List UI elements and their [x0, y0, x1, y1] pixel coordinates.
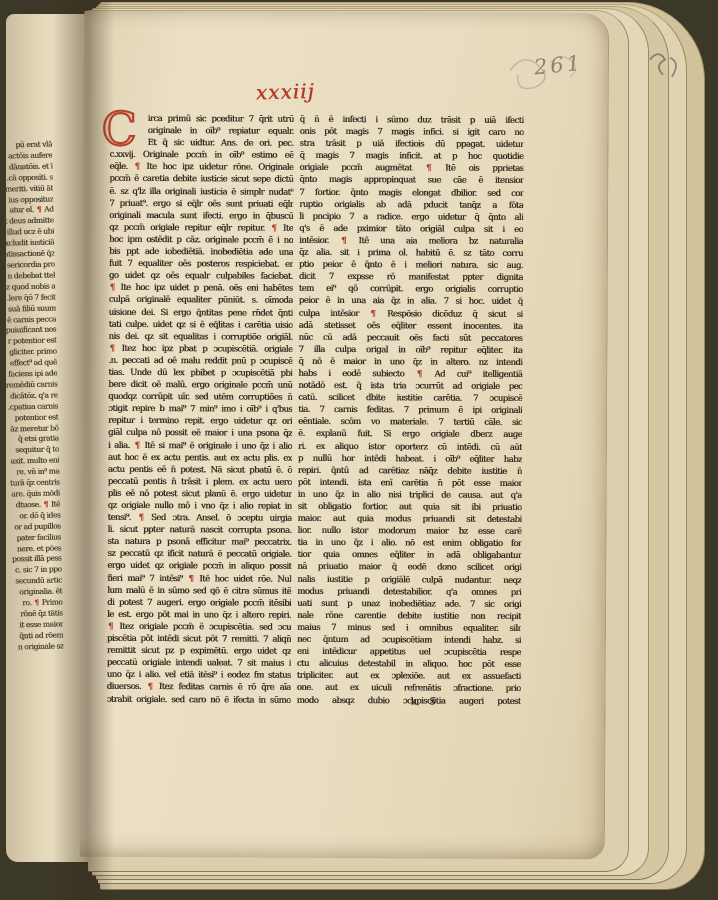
- margin-fragment: suā filiū suum: [4, 303, 56, 315]
- margin-fragment: or ad pupillos: [9, 521, 61, 533]
- pilcrow-mark: ¶: [416, 369, 423, 379]
- text-line: nis dei. qz sit equalitas i corruptiōe o…: [108, 330, 292, 343]
- text-line: ruptio origialis ab adā pducit tanq̄z a …: [299, 198, 523, 211]
- text-line: peior ē in una aia q̄z in alia. 7 si hoc…: [299, 295, 523, 308]
- margin-fragment: meriti. vitiū āt: [1, 183, 53, 195]
- text-line: peccatū pentis n̄ trāsit i plem. ex actu…: [108, 476, 292, 489]
- margin-fragment: dānatōis. et ī: [0, 161, 52, 173]
- margin-fragment: n originale sz: [11, 641, 63, 653]
- text-line: originali macula sunt ifecti. ergo in q̄…: [109, 210, 293, 223]
- text-line: ¶ Itez origiale pccm̄ ē ɔcupiscētia. sed…: [107, 621, 291, 634]
- text-line: 7 priuat⁹. ergo si eq̄lr oēs sunt priuat…: [109, 197, 293, 210]
- text-line: q's ē ade pximior tāto origiāl culpa sit…: [299, 223, 523, 236]
- text-line: ¶ Itez hoc ipz pbat p ɔcupiscētiā. origi…: [108, 343, 292, 356]
- text-column-right: q̄ n̄ ē infecti i sūmo duz trāsit p uiā …: [297, 114, 524, 713]
- text-line: lum malū ē in sūmo sed qō ē citra sūmus …: [107, 584, 291, 597]
- text-line: ri. ex aliquo istor oporterz cū intēdi. …: [298, 440, 522, 453]
- pilcrow-mark: ¶: [33, 598, 40, 607]
- text-line: uisione dei. Si ergo q̄ntitas pene rn̄de…: [109, 306, 293, 319]
- text-line: li. sicut ppter naturā nascit corrupta p…: [107, 524, 291, 537]
- pilcrow-mark: ¶: [108, 344, 115, 354]
- text-line: culpa intēsior ¶ Respōsio dicēduz q̄ sic…: [299, 307, 523, 320]
- text-line: giāl culpa nō possit eē maior i una pson…: [108, 427, 292, 440]
- text-line: repiri. q̄ntū ad carētiaz nāq̄z debite i…: [298, 464, 522, 477]
- margin-fragment: lere q̄ō 7 fecit.: [3, 292, 55, 304]
- pilcrow-mark: ¶: [42, 500, 49, 509]
- pilcrow-mark: ¶: [109, 283, 116, 293]
- text-line: 7 fortior. q̄nto magis elongat dbilior. …: [299, 186, 523, 199]
- text-line: ɔtigit repire b mai⁹ 7 min⁹ imo i oīb⁹ i…: [108, 403, 292, 416]
- text-line: adā stetisset oēs eq̄liter essent inocen…: [299, 319, 523, 332]
- text-line: culpā originalē equaliter pūniūt. s. oīm…: [109, 294, 293, 307]
- margin-fragment: dicātōz. q'a re: [6, 390, 58, 402]
- text-line: ē. explanū fuit. Si ergo origiale dberz …: [298, 428, 522, 441]
- text-line: eq̄le. ¶ Ite hoc ipz uidetur rōne. Origi…: [109, 161, 293, 174]
- text-line: piscētia pōt intēdi sicut pōt 7 remitti.…: [107, 633, 291, 646]
- text-line: qz pccm̄ origiale repitur eq̄lr repitur.…: [109, 222, 293, 235]
- text-column-left: irca primū sic pceditur 7 q̄rit utrūorig…: [107, 113, 294, 712]
- text-line: bis ppt ade iobediētiā. inobediētia ade …: [109, 246, 293, 259]
- text-line: modo absqz dubio ɔcupiscētia augeri pote…: [297, 694, 521, 707]
- book-photo: pū erat vlāactōis auferedānatōis. et īcā…: [0, 0, 718, 900]
- text-line: fieri mai⁹ 7 intēsi⁹ ¶ Itē hoc uidet rōe…: [107, 572, 291, 585]
- pilcrow-mark: ¶: [36, 205, 43, 214]
- text-line: uno q̄z i alio. vel etiā itēsi⁹ i eodez …: [107, 669, 291, 682]
- pilcrow-mark: ¶: [137, 513, 144, 523]
- quire-signature: k 5: [411, 696, 441, 707]
- text-line: 7 illa culpa origal in oīb⁹ repitur eq̄l…: [298, 344, 522, 357]
- text-line: hoc ipm ostēdit p cāz. originale pccm̄ ē…: [109, 234, 293, 247]
- previous-page-text-fragments: pū erat vlāactōis auferedānatōis. et īcā…: [0, 139, 64, 680]
- pilcrow-mark: ¶: [369, 309, 376, 319]
- text-line: actu pentis eē n̄ potest. Nā sicut pbatū…: [108, 463, 292, 476]
- text-line: nalis iustitie p origiālē culpā nudantur…: [297, 573, 521, 586]
- text-line: tati culpe. uidet qz si ē eq̄litas i car…: [109, 318, 293, 331]
- margin-fragment: pater facilius: [9, 532, 61, 544]
- pilcrow-mark: ¶: [146, 682, 153, 692]
- text-line: bere dicit oē malū. ergo originale pccm̄…: [108, 379, 292, 392]
- text-line: ɔtrabit origiale. sed caro nō ē ifecta i…: [107, 693, 291, 706]
- margin-fragment: q̄nti ad rōem: [11, 630, 63, 642]
- text-line: tensi⁹. ¶ Sed ɔtra. Ansel. ō ɔceptu uirg…: [108, 512, 292, 525]
- text-line: q̄nto magis appropinquat sue cāe ē itens…: [299, 174, 523, 187]
- pilcrow-mark: ¶: [107, 622, 114, 632]
- text-line: pōt intendi. ista enī carētia n̄ pōt ess…: [298, 477, 522, 490]
- pilcrow-mark: ¶: [340, 236, 347, 246]
- book-page: xxxiij 261 C irca primū sic pceditur 7 q…: [80, 11, 609, 860]
- pencil-scribbles: [492, 37, 692, 102]
- text-line: repitur i termino repit. ergo uidetur qz…: [108, 415, 292, 428]
- text-line: le est. ergo pōt mai in uno q̄z i altero…: [107, 609, 291, 622]
- text-line: nec q̄ntum ad ɔcupiscētiam intendi habz.…: [297, 634, 521, 647]
- text-line: quodqz corrūpit uīr. sed utēm corruptiōe…: [108, 391, 292, 404]
- text-line: q̄ nō ē maior in uno q̄z in altero. nz i…: [298, 356, 522, 369]
- text-line: c.xxvij. Originale pccm̄ in oīb⁹ estimo …: [109, 149, 293, 162]
- text-line: sz peccatū qz ificit naturā ē peccatū or…: [107, 548, 291, 561]
- text-line: peccatū origiale intendi ualeat. 7 sit m…: [107, 657, 291, 670]
- margin-fragment: n debebat ttel: [3, 270, 55, 282]
- text-line: nūc cū adā peccauit oēs facti sūt peccat…: [298, 331, 522, 344]
- pilcrow-mark: ¶: [133, 162, 140, 172]
- text-line: nale rōne carentie debite iustitie non r…: [297, 610, 521, 623]
- text-line: tias. Unde dū lex pbibet p ɔcupiscētiā p…: [108, 367, 292, 380]
- pilcrow-mark: ¶: [187, 574, 194, 584]
- text-line: p nullū hor intēdi habeat. i oīb⁹ eq̄lit…: [298, 452, 522, 465]
- text-line: diuersos. ¶ Itez feditas carnis ē rō q̄r…: [107, 681, 291, 694]
- text-line: pccm̄ ē caretia debite iusticie sicut se…: [109, 173, 293, 186]
- text-line: di potest 7 augeri. ergo origiale pccm̄ …: [107, 597, 291, 610]
- text-line: i alia. ¶ Itē si mai⁹ ē originale i uno …: [108, 439, 292, 452]
- text-line: plis eē nō potest sicut planū ē. ergo ui…: [108, 488, 292, 501]
- text-line: li pncipio 7 a radice. ergo uidetur q̄ q…: [299, 211, 523, 224]
- text-line: .n. peccati ad oē malu reddit pnū p ɔcup…: [108, 355, 292, 368]
- text-line: ē. sz q'lz illa originali iusticia ē sim…: [109, 185, 293, 198]
- text-line: uati sunt p unaz inobediētiaz ade. 7 sic…: [297, 598, 521, 611]
- chapter-numeral: xxxiij: [255, 79, 315, 105]
- text-line: remittit sicut pz p expimētū. ergo uidet…: [107, 645, 291, 658]
- margin-fragment: z quod nobis a: [3, 281, 55, 293]
- text-line: sta natura p psonā efficitur mai⁹ peccat…: [107, 536, 291, 549]
- text-line: ergo uidet qz origiale pccm̄ in aliquo p…: [107, 560, 291, 573]
- text-line: one. aut ex uiculi refrenātis ɔfractione…: [297, 682, 521, 695]
- text-line: eni intēdicur appetitus uel ɔcupiscētia …: [297, 646, 521, 659]
- pilcrow-mark: ¶: [270, 223, 277, 233]
- margin-fragment: cā oppositi. s.: [1, 172, 53, 184]
- text-line: qz origiale nullo mō i vno q̄z i alio re…: [108, 500, 292, 513]
- margin-fragment: cpatiua carnis.: [6, 401, 58, 413]
- text-line: tripliciter. aut ex ɔplexiōe. aut ex ass…: [297, 670, 521, 683]
- text-line: nā priuatio maior q̄ eodē dono scilicet …: [297, 561, 521, 574]
- margin-fragment: or. dō q̄ ides: [8, 510, 60, 522]
- rubricated-initial: C: [101, 109, 147, 149]
- text-line: fuit 7 equaliter oēs posteros respicieba…: [109, 258, 293, 271]
- pilcrow-mark: ¶: [134, 440, 141, 450]
- text-line: aut hoc ē ex actu pentis. aut ex actu pl…: [108, 451, 292, 464]
- text-line: ¶ Ite hoc ipz uidet p penā. oēs eni habē…: [109, 282, 293, 295]
- pilcrow-mark: ¶: [425, 164, 432, 174]
- text-line: ctu alicuius detestabil in aliquo. hoc p…: [297, 658, 521, 671]
- margin-fragment: potentior est: [6, 412, 58, 424]
- text-line: go uidet qz oēs equalr culpabiles facieb…: [109, 270, 293, 283]
- text-line: modus priuandi detestabilior. q'a omnes …: [297, 585, 521, 598]
- text-line: maius 7 minus sed i omnibus equaliter. s…: [297, 622, 521, 635]
